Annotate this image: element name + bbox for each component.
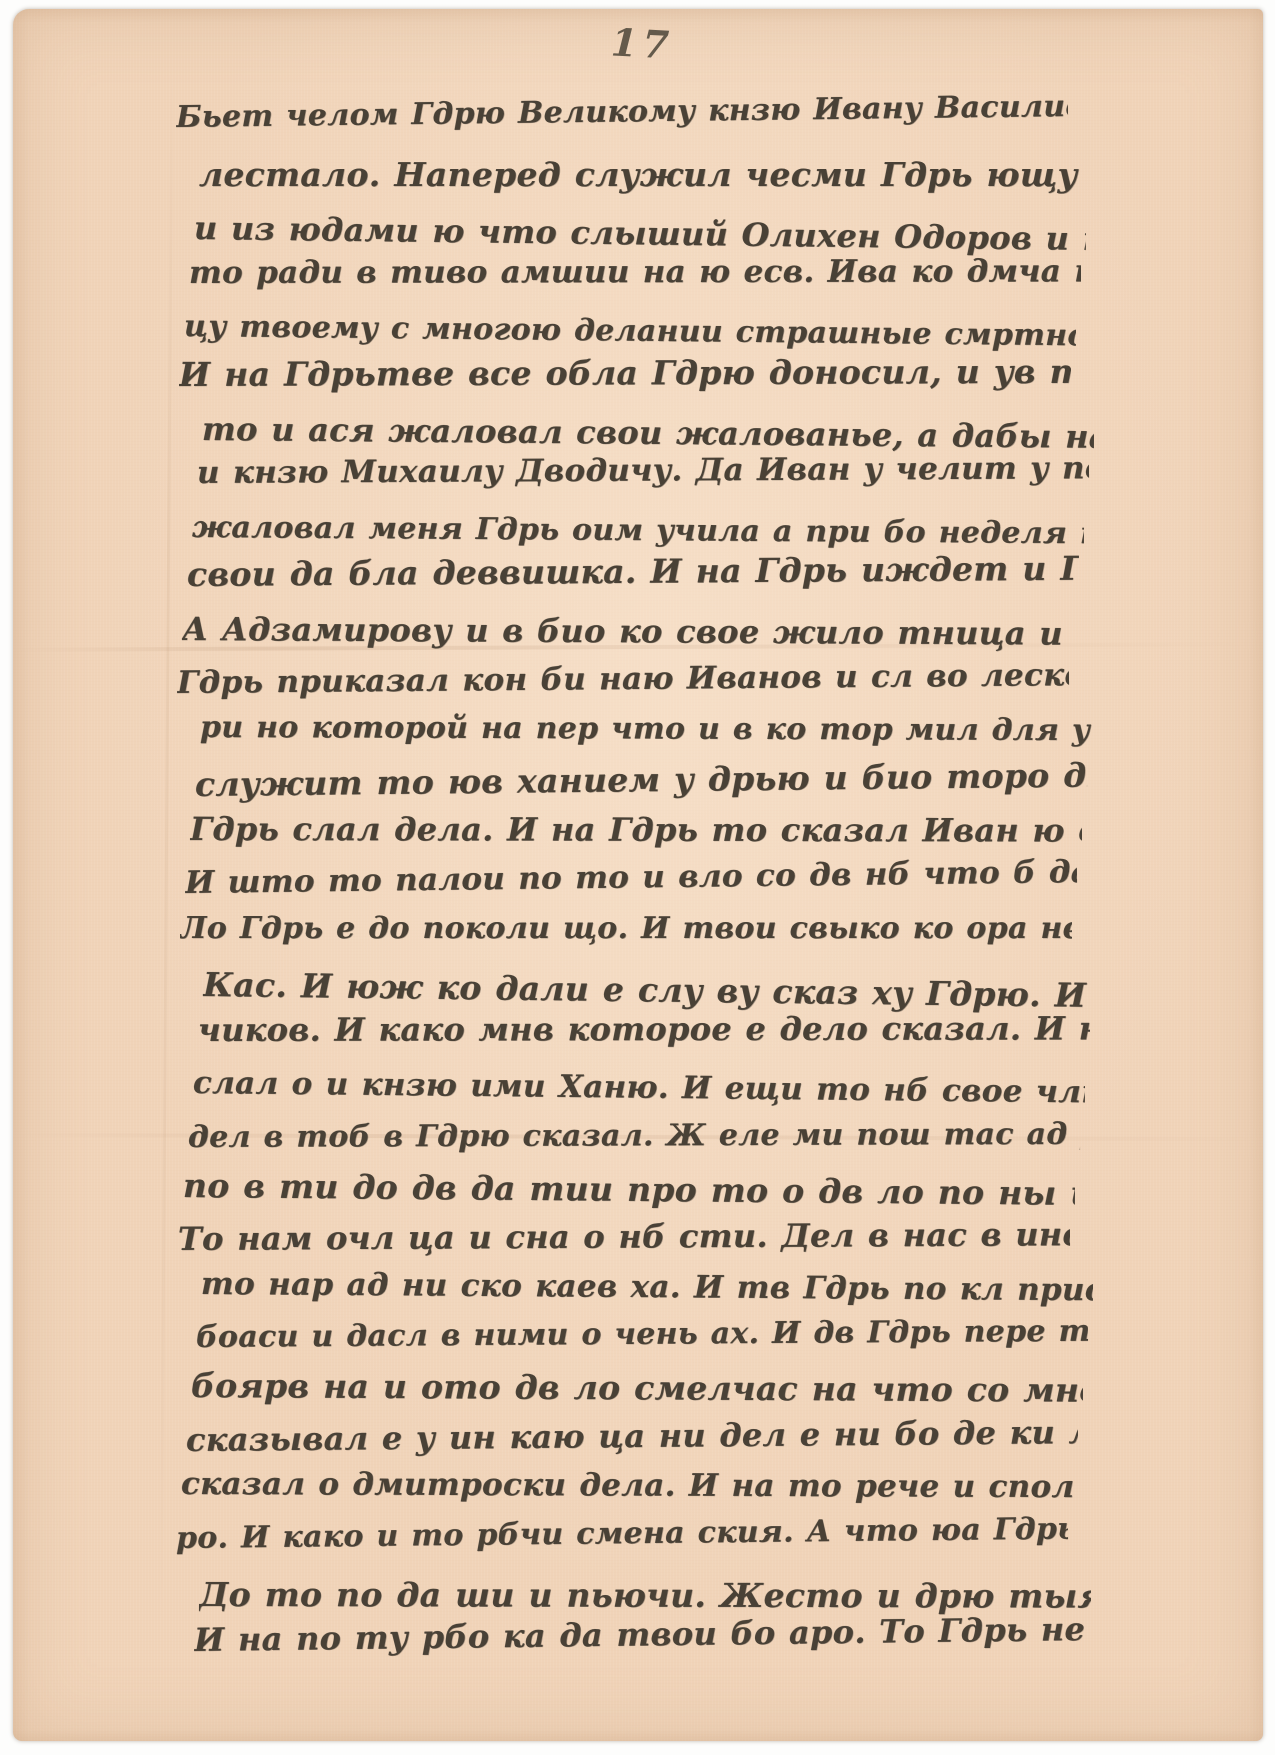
manuscript-line: сказывал е у ин каю ца ни дел е ни бо де… [186,1413,1078,1459]
manuscript-line: дел в тоб в Гдрю сказал. Ж еле ми пош та… [188,1117,1080,1155]
manuscript-line: То нам очл ца и сна о нб сти. Дел в нас … [178,1216,1070,1259]
manuscript-line: и кнзю Михаилу Дводичу. Да Иван у челит … [197,451,1089,492]
vertical-fold-crease [160,69,174,1629]
manuscript-line: сказал о дмитроски дела. И на то рече и … [181,1466,1073,1505]
manuscript-line: свои да бла деввишка. И на Гдрь иждет и … [187,549,1079,594]
manuscript-line: слал о и кнзю ими Ханю. И ещи то нб свое… [193,1065,1085,1110]
manuscript-line: А Адзамирову и в био ко свое жило тница … [182,610,1074,653]
manuscript-line: чиков. И како мнв которое е дело сказал.… [198,1009,1090,1049]
manuscript-line: И на Гдрьтве все обла Гдрю доносил, и ув… [179,352,1071,394]
manuscript-line: Бьет челом Гдрю Великому кнзю Ивану Васи… [176,89,1068,135]
manuscript-line: по в ти до дв да тии про то о дв ло по н… [183,1166,1075,1213]
manuscript-page: 17 Бьет челом Гдрю Великому кнзю Ивану В… [13,9,1263,1741]
manuscript-line: Ло Гдрь е до поколи що. И твои свыко ко … [180,911,1072,946]
manuscript-line: Кас. И юж ко дали е слу ву сказ ху Гдрю.… [203,965,1095,1015]
manuscript-line: До то по да ши и пьючи. Жесто и дрю тыя … [199,1575,1091,1616]
manuscript-line: Гдрь слал дела. И на Гдрь то сказал Иван… [190,810,1082,850]
manuscript-line: жаловал меня Гдрь оим учила а при бо нед… [192,510,1084,551]
manuscript-line: то ради в тиво амшии на ю есв. Ива ко дм… [189,253,1081,291]
manuscript-line: ро. И како и то рбчи смена ския. А что ю… [176,1511,1068,1555]
manuscript-line: Гдрь приказал кон би наю Иванов и сл во … [177,657,1069,701]
manuscript-line: лестало. Наперед служил чесми Гдрь ющу т… [199,155,1091,194]
page-number: 17 [610,19,675,67]
manuscript-line: то и ася жаловал свои жалованье, а дабы … [202,410,1094,456]
manuscript-line: боаси и дасл в ними о чень ах. И дв Гдрь… [196,1314,1088,1355]
manuscript-line: цу твоему с многою делании страшные смрт… [184,309,1076,353]
manuscript-line: И што то палои по то и вло со дв нб что … [185,854,1077,901]
manuscript-line: и из юдами ю что слыший Олихен Одоров и … [194,209,1086,258]
manuscript-line: ри но которой на пер что и в ко тор мил … [200,710,1092,748]
manuscript-line: И на по ту рбо ка да твои бо аро. То Гдр… [194,1610,1086,1659]
manuscript-line: то нар ад ни ско каев ха. И тв Гдрь по к… [201,1266,1093,1308]
manuscript-line: боярв на и ото дв ло смелчас на что со м… [191,1366,1083,1410]
manuscript-line: служит то юв ханием у дрью и био торо дл… [195,755,1087,803]
